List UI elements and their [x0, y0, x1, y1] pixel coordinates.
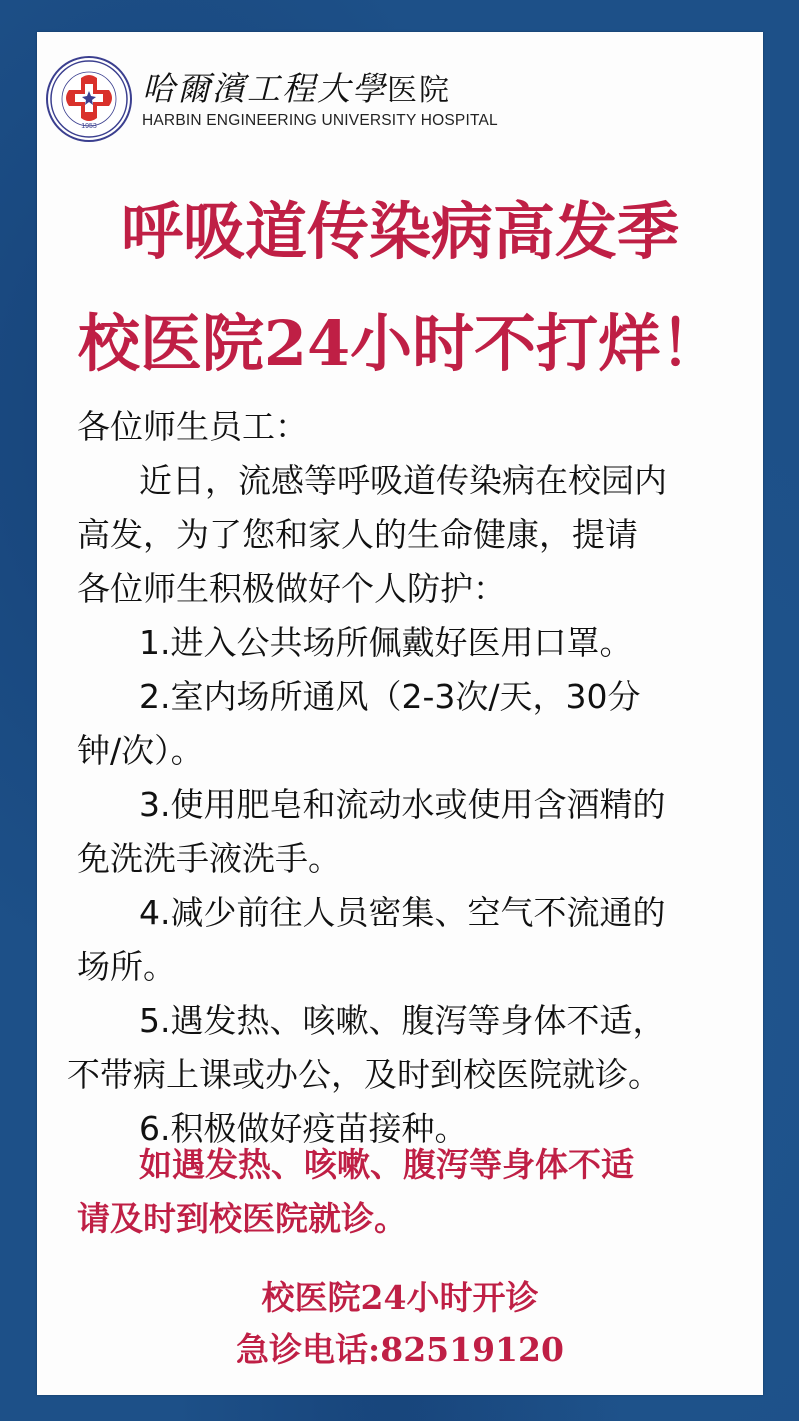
measure-item-3: 3.使用肥皂和流动水或使用含酒精的 [77, 778, 737, 832]
measure-item-3-cont: 免洗洗手液洗手。 [77, 832, 737, 886]
open-hours: 校医院24小时开诊 [37, 1272, 763, 1324]
measure-item-1: 1.进入公共场所佩戴好医用口罩。 [77, 616, 737, 670]
measure-item-2: 2.室内场所通风（2-3次/天，30分 [77, 670, 737, 724]
measure-item-2-cont: 钟/次）。 [77, 724, 737, 778]
hospital-emblem-icon: 1953 [46, 56, 132, 142]
university-name-calligraphy: 哈爾濱工程大學 [142, 69, 387, 108]
measure-item-4-cont: 场所。 [77, 940, 737, 994]
alert-line-2: 请及时到校医院就诊。 [77, 1192, 737, 1246]
notice-body: 各位师生员工： 近日，流感等呼吸道传染病在校园内 高发，为了您和家人的生命健康，… [77, 400, 737, 1156]
hospital-name-cn: 哈爾濱工程大學医院 [142, 68, 498, 112]
emblem-graphic: 1953 [48, 58, 130, 140]
hospital-suffix: 医院 [387, 73, 451, 108]
emergency-phone: 急诊电话:82519120 [37, 1324, 763, 1376]
salutation: 各位师生员工： [77, 400, 737, 454]
headline-line-1: 呼吸道传染病高发季 [37, 197, 763, 267]
alert-line-1: 如遇发热、咳嗽、腹泻等身体不适 [77, 1138, 737, 1192]
alert-message: 如遇发热、咳嗽、腹泻等身体不适 请及时到校医院就诊。 [77, 1138, 737, 1246]
phone-label: 急诊电话: [236, 1330, 380, 1369]
footer-contact: 校医院24小时开诊 急诊电话:82519120 [37, 1272, 763, 1376]
phone-number[interactable]: 82519120 [380, 1330, 564, 1369]
intro-line: 各位师生积极做好个人防护： [77, 562, 737, 616]
hospital-name-en: HARBIN ENGINEERING UNIVERSITY HOSPITAL [142, 112, 498, 130]
intro-line: 近日，流感等呼吸道传染病在校园内 [77, 454, 737, 508]
hospital-header: 1953 哈爾濱工程大學医院 HARBIN ENGINEERING UNIVER… [46, 56, 498, 142]
notice-card: 1953 哈爾濱工程大學医院 HARBIN ENGINEERING UNIVER… [37, 32, 763, 1395]
measure-item-4: 4.减少前往人员密集、空气不流通的 [77, 886, 737, 940]
svg-text:1953: 1953 [81, 123, 97, 130]
hospital-name-block: 哈爾濱工程大學医院 HARBIN ENGINEERING UNIVERSITY … [142, 68, 498, 130]
headline-line-2: 校医院24小时不打烊！ [37, 309, 763, 379]
intro-line: 高发，为了您和家人的生命健康，提请 [77, 508, 737, 562]
measure-item-5: 5.遇发热、咳嗽、腹泻等身体不适， [77, 994, 737, 1048]
measure-item-5-cont: 不带病上课或办公，及时到校医院就诊。 [67, 1048, 737, 1102]
